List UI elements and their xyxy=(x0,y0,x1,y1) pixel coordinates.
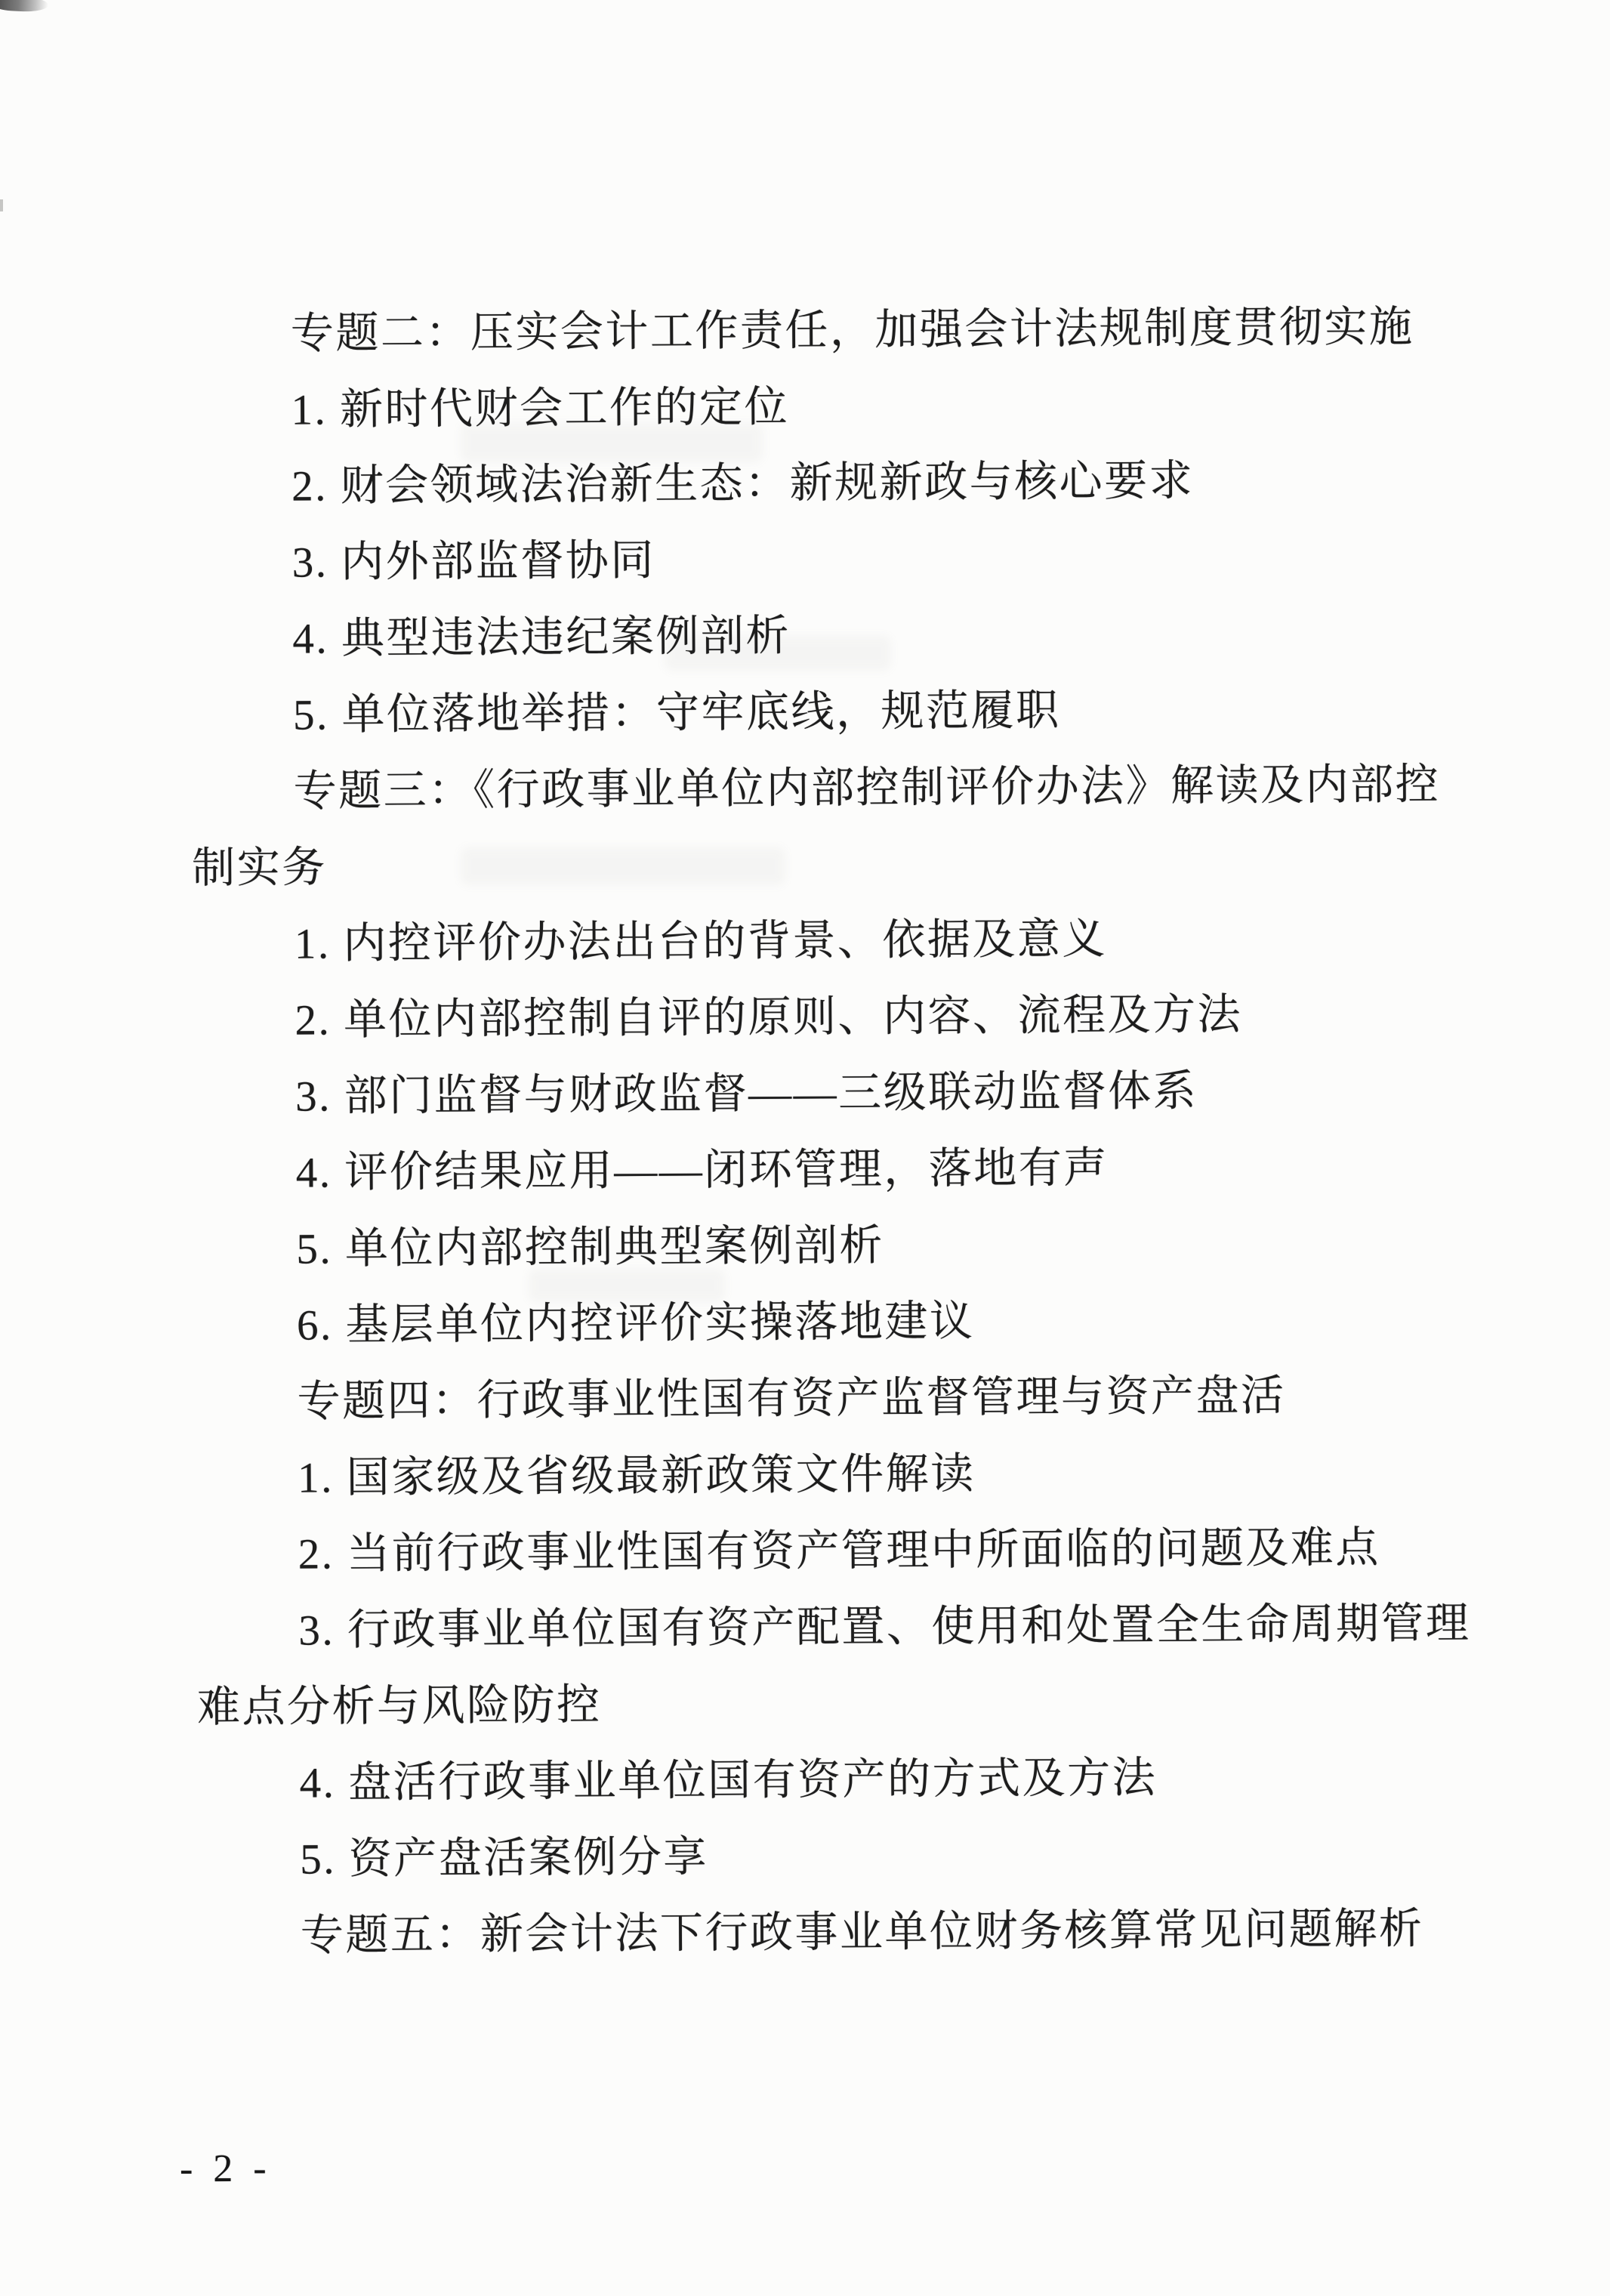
outline-item: 1. 国家级及省级最新政策文件解读 xyxy=(196,1433,1435,1517)
outline-item: 1. 新时代财会工作的定位 xyxy=(189,365,1428,449)
outline-item: 1. 内控评价办法出台的背景、依据及意义 xyxy=(193,899,1432,983)
outline-item: 5. 单位内部控制典型案例剖析 xyxy=(194,1204,1433,1288)
topic-heading: 专题五：新会计法下行政事业单位财务核算常见问题解析 xyxy=(199,1890,1438,1974)
outline-item: 6. 基层单位内控评价实操落地建议 xyxy=(195,1280,1434,1364)
scan-corner-smudge xyxy=(0,0,48,13)
outline-item: 3. 行政事业单位国有资产配置、使用和处置全生命周期管理 xyxy=(196,1585,1436,1669)
outline-item: 3. 部门监督与财政监督——三级联动监督体系 xyxy=(193,1051,1433,1135)
page-number: - 2 - xyxy=(180,2146,272,2192)
continuation-line: 难点分析与风险防控 xyxy=(197,1662,1436,1745)
scanned-document-page: 专题二：压实会计工作责任，加强会计法规制度贯彻实施 1. 新时代财会工作的定位 … xyxy=(0,0,1610,2296)
topic-heading: 专题四：行政事业性国有资产监督管理与资产盘活 xyxy=(195,1356,1434,1440)
topic-heading: 专题三：《行政事业单位内部控制评价办法》解读及内部控 xyxy=(191,746,1430,830)
outline-item: 2. 当前行政事业性国有资产管理中所面临的问题及难点 xyxy=(196,1509,1436,1593)
outline-item: 4. 盘活行政事业单位国有资产的方式及方法 xyxy=(197,1738,1436,1822)
outline-item: 5. 资产盘活案例分享 xyxy=(198,1814,1437,1898)
scan-edge-mark xyxy=(0,199,3,211)
outline-item: 3. 内外部监督协同 xyxy=(190,517,1429,601)
outline-item: 4. 评价结果应用——闭环管理，落地有声 xyxy=(193,1128,1433,1211)
continuation-line: 制实务 xyxy=(192,822,1431,906)
outline-item: 2. 财会领域法治新生态：新规新政与核心要求 xyxy=(190,441,1429,525)
outline-item: 2. 单位内部控制自评的原则、内容、流程及方法 xyxy=(193,975,1432,1059)
outline-item: 5. 单位落地举措：守牢底线，规范履职 xyxy=(191,670,1430,754)
topic-heading: 专题二：压实会计工作责任，加强会计法规制度贯彻实施 xyxy=(189,289,1428,372)
outline-item: 4. 典型违法违纪案例剖析 xyxy=(190,594,1430,677)
outline-text-block: 专题二：压实会计工作责任，加强会计法规制度贯彻实施 1. 新时代财会工作的定位 … xyxy=(189,289,1438,1974)
